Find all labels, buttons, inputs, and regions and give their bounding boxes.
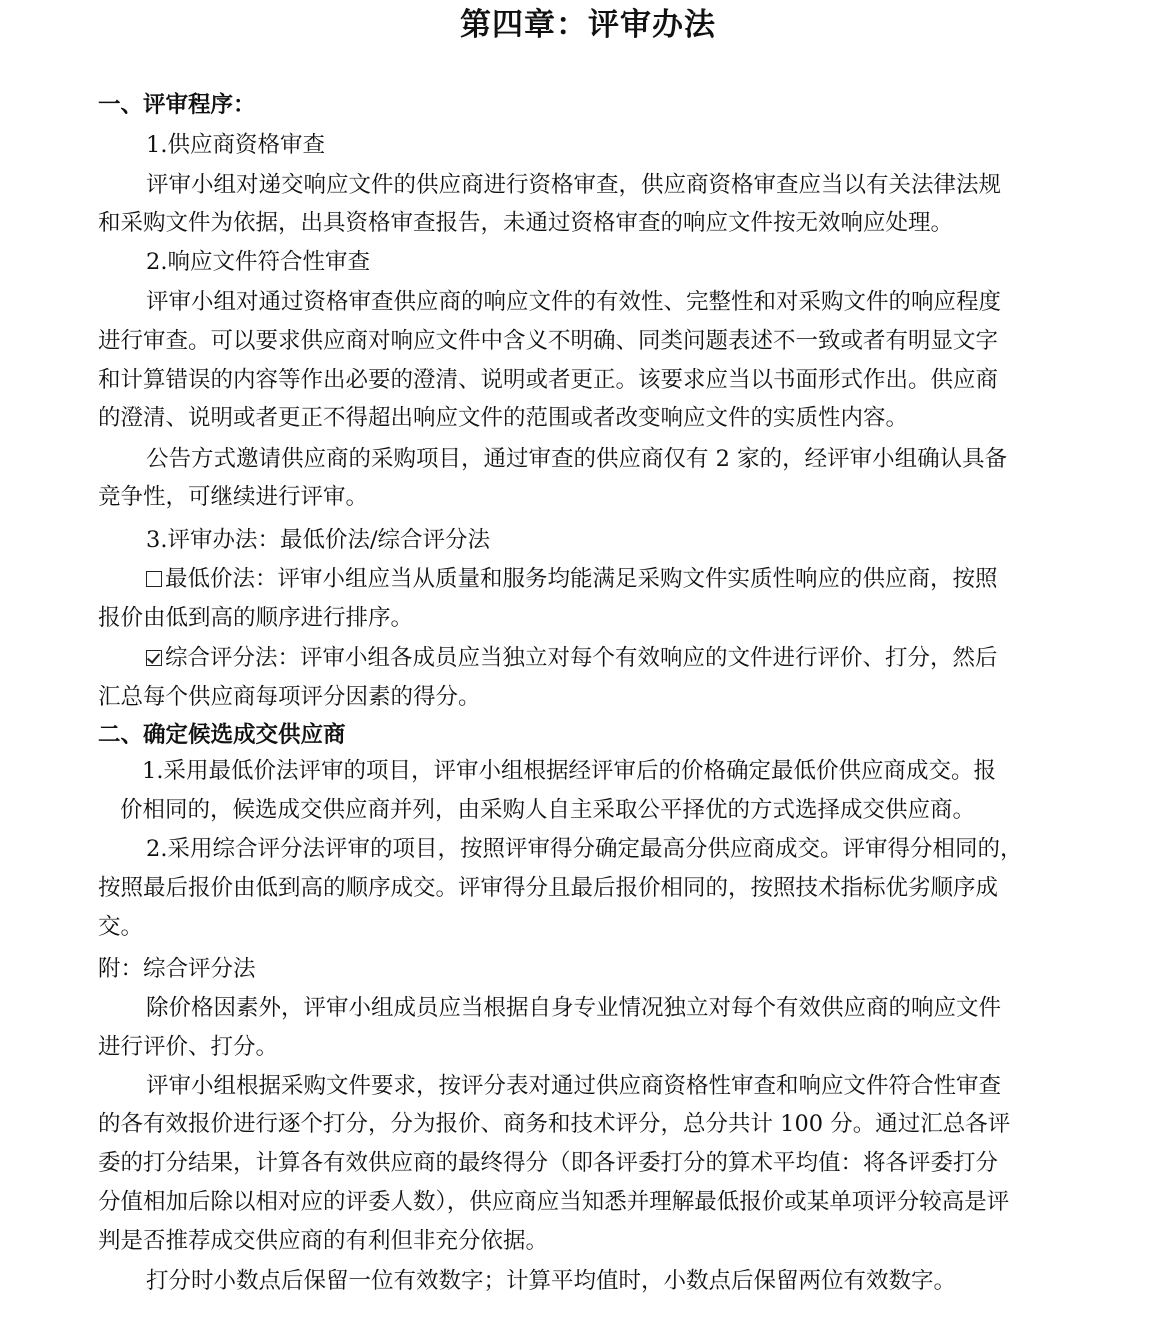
paragraph-line: 和采购文件为依据，出具资格审查报告，未通过资格审查的响应文件按无效响应处理。: [98, 208, 1078, 238]
paragraph-line: 委的打分结果，计算各有效供应商的最终得分（即各评委打分的算术平均值：将各评委打分: [98, 1148, 1078, 1178]
paragraph-line: 进行评价、打分。: [98, 1032, 1078, 1062]
paragraph-line: 竞争性，可继续进行评审。: [98, 482, 1078, 512]
subheading-conformity-review: 2.响应文件符合性审查: [146, 247, 1126, 277]
paragraph-line: 打分时小数点后保留一位有效数字；计算平均值时，小数点后保留两位有效数字。: [146, 1266, 1126, 1296]
paragraph-line: 判是否推荐成交供应商的有利但非充分依据。: [98, 1226, 1078, 1256]
paragraph-line: 的澄清、说明或者更正不得超出响应文件的范围或者改变响应文件的实质性内容。: [98, 403, 1078, 433]
paragraph-line: 1.采用最低价法评审的项目，评审小组根据经评审后的价格确定最低价供应商成交。报: [142, 756, 1122, 786]
paragraph-line: 进行审查。可以要求供应商对响应文件中含义不明确、同类问题表述不一致或者有明显文字: [98, 326, 1078, 356]
paragraph-line: 分值相加后除以相对应的评委人数），供应商应当知悉并理解最低报价或某单项评分较高是…: [98, 1187, 1078, 1217]
subheading-qualification-review: 1.供应商资格审查: [146, 130, 1126, 160]
checkbox-checked-icon: [146, 650, 162, 666]
paragraph-line: 汇总每个供应商每项评分因素的得分。: [98, 682, 1078, 712]
option-text: 最低价法：评审小组应当从质量和服务均能满足采购文件实质性响应的供应商，按照: [165, 566, 998, 592]
paragraph-line: 和计算错误的内容等作出必要的澄清、说明或者更正。该要求应当以书面形式作出。供应商: [98, 365, 1078, 395]
option-text: 综合评分法：评审小组各成员应当独立对每个有效响应的文件进行评价、打分，然后: [165, 645, 998, 671]
paragraph-line: 评审小组根据采购文件要求，按评分表对通过供应商资格性审查和响应文件符合性审查: [146, 1071, 1126, 1101]
section-heading-review-procedure: 一、评审程序：: [98, 90, 1078, 120]
paragraph-line: 的各有效报价进行逐个打分，分为报价、商务和技术评分，总分共计 100 分。通过汇…: [98, 1109, 1078, 1139]
paragraph-line: 按照最后报价由低到高的顺序成交。评审得分且最后报价相同的，按照技术指标优劣顺序成: [98, 873, 1078, 903]
paragraph-line: 除价格因素外，评审小组成员应当根据自身专业情况独立对每个有效供应商的响应文件: [146, 993, 1126, 1023]
option-lowest-price: 最低价法：评审小组应当从质量和服务均能满足采购文件实质性响应的供应商，按照: [146, 564, 1126, 594]
page-title: 第四章：评审办法: [0, 4, 1176, 46]
paragraph-line: 公告方式邀请供应商的采购项目，通过审查的供应商仅有 2 家的，经评审小组确认具备: [146, 444, 1126, 474]
paragraph-line: 价相同的，候选成交供应商并列，由采购人自主采取公平择优的方式选择成交供应商。: [120, 795, 1100, 825]
paragraph-line: 交。: [98, 912, 1078, 942]
paragraph-line: 评审小组对递交响应文件的供应商进行资格审查，供应商资格审查应当以有关法律法规: [146, 170, 1076, 200]
paragraph-line: 报价由低到高的顺序进行排序。: [98, 603, 1078, 633]
paragraph-line: 2.采用综合评分法评审的项目，按照评审得分确定最高分供应商成交。评审得分相同的，: [146, 834, 1126, 864]
appendix-heading: 附：综合评分法: [98, 954, 1078, 984]
subheading-evaluation-method: 3.评审办法：最低价法/综合评分法: [146, 525, 1126, 555]
paragraph-line: 评审小组对通过资格审查供应商的响应文件的有效性、完整性和对采购文件的响应程度: [146, 287, 1126, 317]
section-heading-candidate-supplier: 二、确定候选成交供应商: [98, 720, 1078, 750]
checkbox-unchecked-icon: [146, 571, 162, 587]
option-comprehensive-scoring: 综合评分法：评审小组各成员应当独立对每个有效响应的文件进行评价、打分，然后: [146, 643, 1126, 673]
